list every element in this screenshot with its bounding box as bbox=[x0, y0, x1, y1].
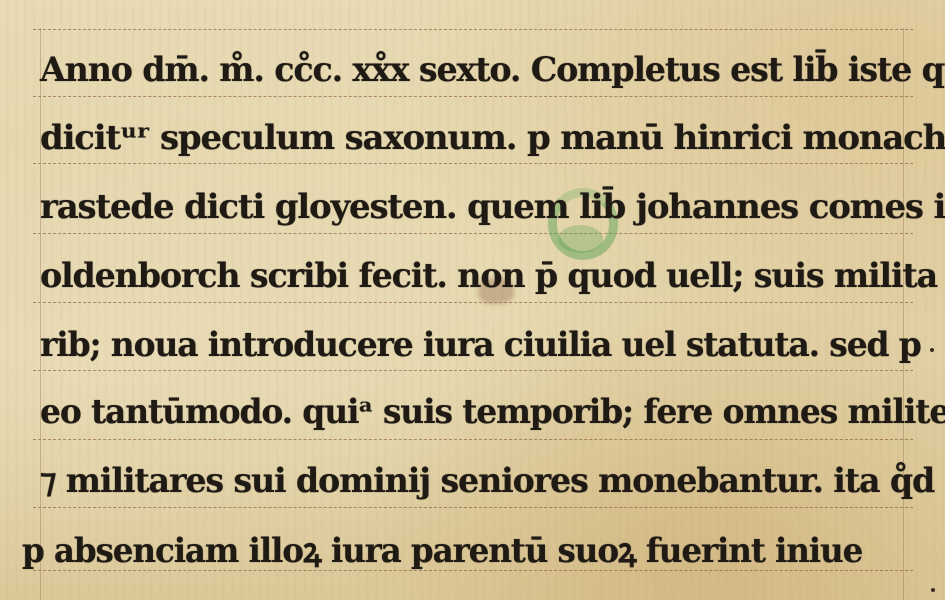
ruling-line bbox=[33, 370, 913, 371]
manuscript-line-6: eo tantūmodo. quiᵃ suis temporib; fere o… bbox=[40, 392, 945, 432]
right-margin-rule bbox=[903, 28, 904, 600]
manuscript-line-8: p absenciam illoꝝ iura parentū suoꝝ fuer… bbox=[22, 526, 862, 572]
manuscript-page: Anno dm̄. m̊. cc̊c. xx̊x sexto. Completu… bbox=[0, 0, 945, 600]
ruling-line bbox=[33, 29, 913, 30]
green-ink-stain-lower bbox=[558, 225, 603, 253]
manuscript-line-3: rastede dicti gloyesten. quem lib̄ johan… bbox=[40, 187, 945, 227]
manuscript-line-1: Anno dm̄. m̊. cc̊c. xx̊x sexto. Completu… bbox=[40, 50, 945, 90]
ruling-line bbox=[33, 507, 913, 508]
margin-dot bbox=[931, 588, 935, 592]
manuscript-line-5: rib; noua introducere iura ciuilia uel s… bbox=[40, 325, 921, 365]
ruling-line bbox=[33, 163, 913, 164]
manuscript-line-4: oldenborch scribi fecit. non p̄ quod uel… bbox=[40, 256, 937, 296]
ruling-line bbox=[33, 439, 913, 440]
manuscript-line-7: ⁊ militares sui dominij seniores moneban… bbox=[40, 461, 934, 501]
ruling-line bbox=[33, 233, 913, 234]
ruling-line bbox=[33, 302, 913, 303]
manuscript-line-2: dicitᵘʳ speculum saxonum. p manū hinrici… bbox=[40, 118, 945, 158]
ruling-line bbox=[33, 96, 913, 97]
margin-dot bbox=[930, 348, 934, 352]
show-through-texture bbox=[0, 0, 945, 600]
left-margin-rule bbox=[40, 28, 41, 600]
